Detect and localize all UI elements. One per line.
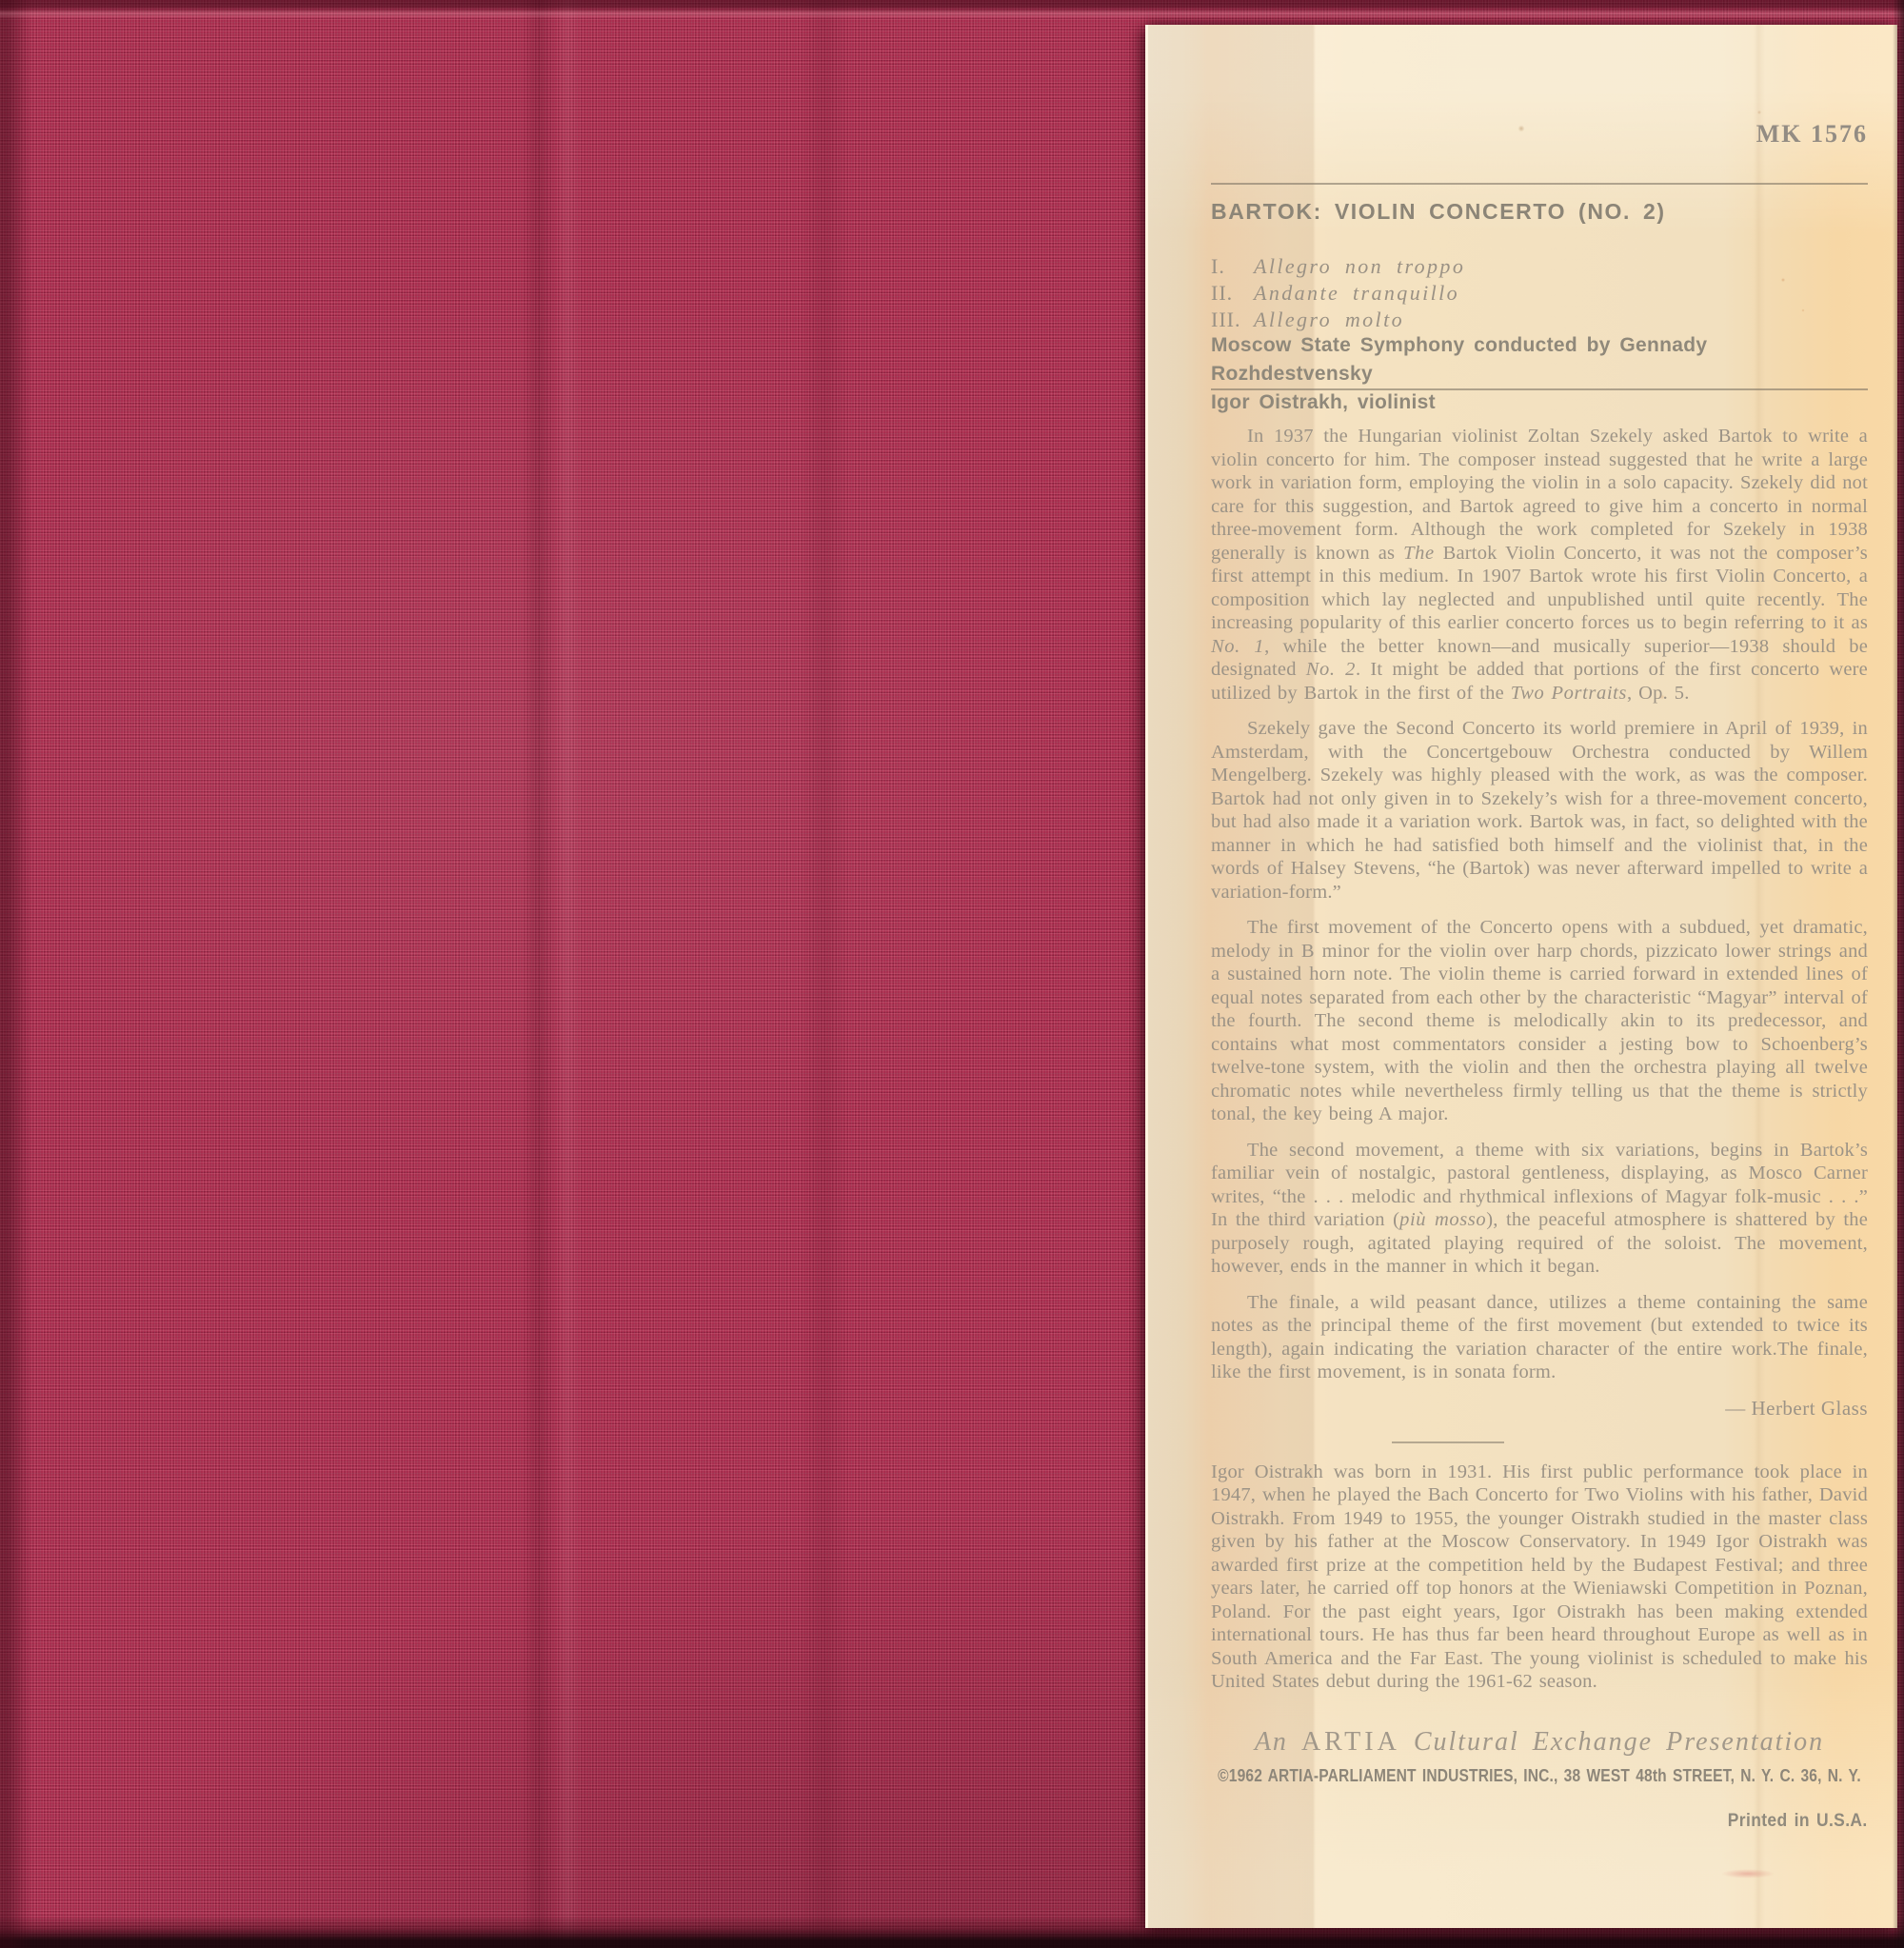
liner-notes-text: In 1937 the Hungarian violinist Zoltan S… <box>1211 425 1868 1384</box>
movement-item: III.Allegro molto <box>1211 307 1465 333</box>
album-back-cover: MK 1576 BARTOK: VIOLIN CONCERTO (NO. 2) … <box>0 0 1904 1948</box>
soloist-credit: Igor Oistrakh, violinist <box>1211 388 1868 417</box>
album-title: BARTOK: VIOLIN CONCERTO (NO. 2) <box>1211 199 1666 225</box>
divider-line-mid <box>1211 388 1868 390</box>
liner-notes-sheet: MK 1576 BARTOK: VIOLIN CONCERTO (NO. 2) … <box>1145 25 1897 1928</box>
author-byline: — Herbert Glass <box>1211 1397 1868 1421</box>
liner-paragraph: The finale, a wild peasant dance, utiliz… <box>1211 1291 1868 1384</box>
movement-item: I.Allegro non troppo <box>1211 253 1465 280</box>
cover-right-edge-shadow <box>1893 0 1904 1948</box>
presentation-prefix: An <box>1255 1727 1288 1757</box>
section-divider <box>1392 1441 1504 1443</box>
performer-credits: Moscow State Symphony conducted by Genna… <box>1211 331 1868 417</box>
liner-paragraph: The first movement of the Concerto opens… <box>1211 916 1868 1126</box>
movement-list: I.Allegro non troppoII.Andante tranquill… <box>1211 253 1465 333</box>
liner-paragraph: Szekely gave the Second Concerto its wor… <box>1211 717 1868 904</box>
orchestra-credit: Moscow State Symphony conducted by Genna… <box>1211 331 1868 388</box>
artia-presentation-line: An ARTIA Cultural Exchange Presentation <box>1211 1727 1868 1758</box>
liner-paragraph: The second movement, a theme with six va… <box>1211 1139 1868 1279</box>
presentation-tagline: Cultural Exchange Presentation <box>1414 1727 1824 1757</box>
biography-paragraph: Igor Oistrakh was born in 1931. His firs… <box>1211 1461 1868 1694</box>
liner-notes-content: MK 1576 BARTOK: VIOLIN CONCERTO (NO. 2) … <box>1211 25 1868 1928</box>
copyright-line: ©1962 ARTIA-PARLIAMENT INDUSTRIES, INC.,… <box>1218 1765 1861 1786</box>
catalog-number: MK 1576 <box>1756 120 1868 149</box>
divider-line-top <box>1211 183 1868 185</box>
liner-notes-body: In 1937 the Hungarian violinist Zoltan S… <box>1211 425 1868 1706</box>
printed-in-usa: Printed in U.S.A. <box>1728 1811 1868 1832</box>
movement-item: II.Andante tranquillo <box>1211 280 1465 307</box>
artia-brand: ARTIA <box>1301 1727 1400 1757</box>
liner-paragraph: In 1937 the Hungarian violinist Zoltan S… <box>1211 425 1868 705</box>
